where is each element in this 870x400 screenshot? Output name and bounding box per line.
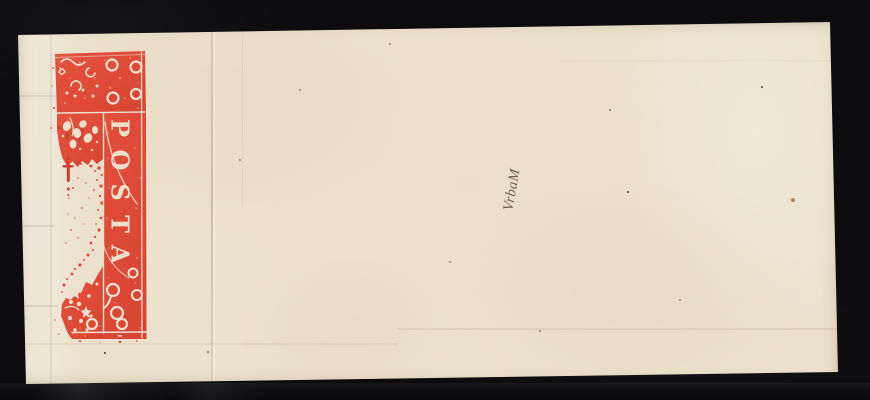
dot	[100, 217, 103, 220]
dot	[78, 263, 81, 266]
photo-of-stamp-fragment: P O S T A VrbaM	[0, 0, 870, 400]
dot	[85, 182, 87, 184]
stamp-lower-foliage	[61, 266, 103, 339]
dot	[52, 67, 54, 69]
dot	[68, 197, 69, 198]
dot	[119, 341, 121, 343]
dot	[99, 325, 101, 327]
horizontal-crease-left	[26, 343, 398, 345]
dot	[90, 242, 93, 245]
dot	[64, 157, 66, 159]
dot	[64, 102, 66, 104]
dot	[94, 77, 96, 79]
stamp-fragment: P O S T A	[45, 38, 155, 343]
dot	[124, 97, 126, 99]
dot	[97, 209, 99, 211]
dot	[94, 236, 96, 238]
dot	[69, 77, 71, 79]
dot	[79, 62, 81, 64]
dot	[136, 340, 138, 342]
paper-speck	[539, 330, 541, 332]
dot	[63, 284, 66, 287]
dot	[97, 166, 101, 170]
paper-speck	[299, 89, 301, 91]
paper-speck	[679, 299, 681, 301]
dot	[114, 302, 115, 303]
dot	[99, 184, 102, 187]
dot	[75, 156, 78, 159]
horizontal-crease-top	[558, 60, 830, 61]
dot	[135, 207, 137, 209]
dot	[139, 327, 141, 329]
dot	[99, 195, 101, 197]
dot	[136, 257, 138, 259]
dot	[79, 340, 81, 342]
dot	[82, 223, 83, 224]
dot	[139, 177, 141, 179]
stamp-top-band	[55, 51, 146, 115]
dot	[67, 213, 68, 214]
dot	[53, 107, 55, 109]
dot	[137, 82, 139, 84]
fold-highlight	[213, 22, 215, 384]
dot	[59, 67, 61, 69]
dot	[93, 189, 95, 191]
paper-speck	[239, 159, 241, 161]
dot	[99, 342, 101, 343]
dot	[88, 197, 89, 198]
stamp-letter-s: S	[106, 183, 135, 200]
paper-speck	[609, 109, 611, 111]
dot	[72, 187, 74, 189]
dot	[141, 237, 142, 238]
dot	[71, 273, 74, 276]
dot	[84, 335, 85, 336]
dot	[81, 207, 83, 209]
dot	[66, 278, 68, 280]
dot	[124, 332, 126, 334]
dot	[94, 170, 96, 172]
dot	[65, 242, 67, 244]
dot	[87, 254, 90, 257]
horizontal-crease-right	[398, 328, 838, 330]
stamp-letter-t: T	[106, 215, 135, 233]
dot	[80, 163, 82, 165]
dot	[96, 179, 98, 181]
dot	[84, 97, 86, 99]
dot	[134, 282, 136, 284]
dot	[137, 107, 139, 109]
stamp-letter-p: P	[106, 119, 135, 137]
dot	[85, 159, 87, 161]
dot	[74, 268, 76, 270]
dot	[61, 291, 63, 293]
dot	[70, 161, 72, 163]
vertical-fold-line	[211, 22, 213, 384]
dot	[109, 87, 111, 89]
paper-speck	[449, 261, 451, 263]
dot	[70, 229, 72, 231]
dot	[95, 223, 97, 225]
dot	[107, 277, 108, 278]
paper-speck	[791, 198, 795, 202]
dot	[58, 333, 60, 335]
stamp-letter-o: O	[106, 150, 135, 171]
dot	[54, 319, 55, 320]
dot	[77, 237, 78, 238]
stamp-letter-a: A	[106, 244, 135, 264]
dot	[77, 177, 79, 179]
dot	[97, 228, 100, 231]
dot	[51, 85, 52, 86]
faint-vertical-crease	[242, 22, 243, 207]
dot	[90, 165, 93, 168]
dot	[83, 259, 85, 261]
dot	[50, 127, 52, 129]
dot	[119, 77, 121, 79]
dot	[79, 327, 80, 328]
scan-edge-band	[0, 383, 870, 400]
dot	[92, 249, 94, 251]
dot	[129, 57, 131, 59]
dot	[74, 217, 75, 218]
dot	[104, 59, 106, 61]
